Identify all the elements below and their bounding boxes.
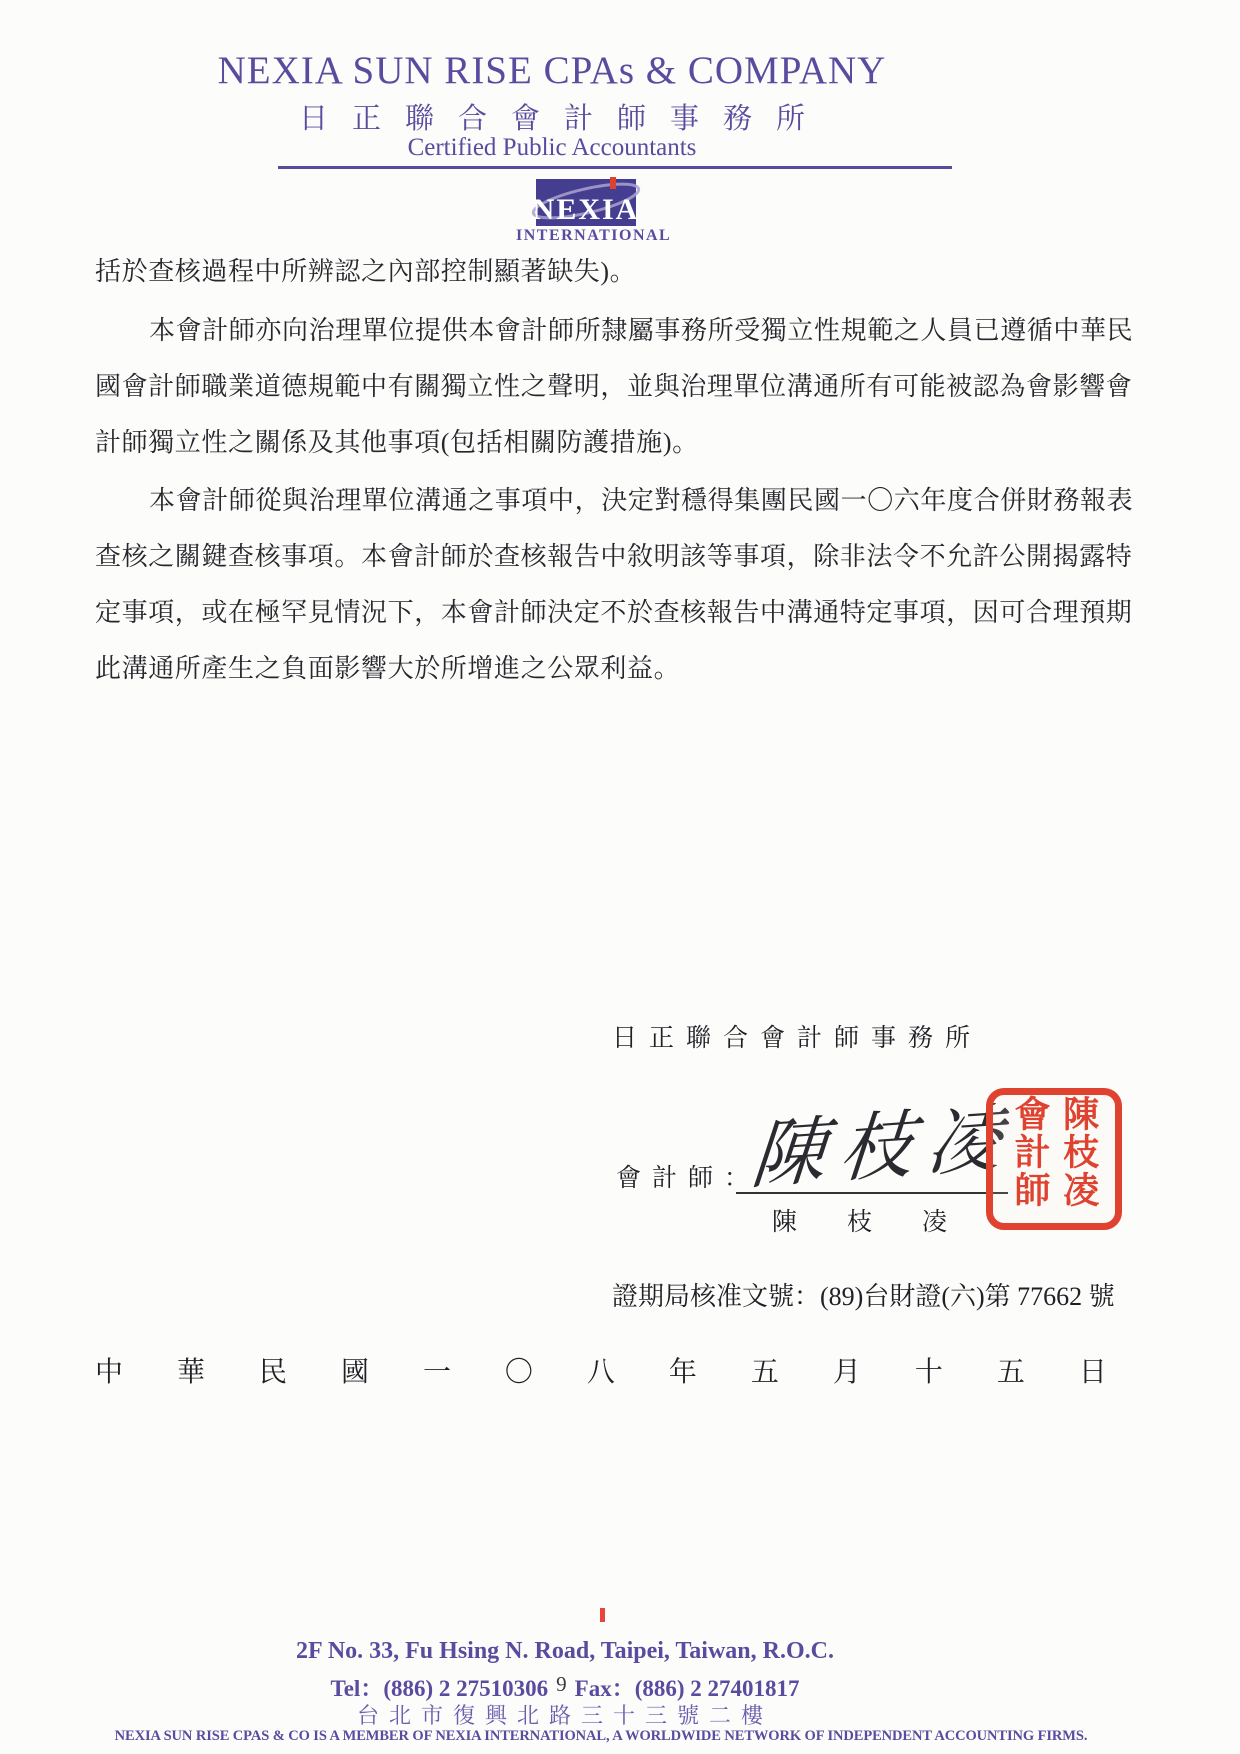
date-char: 五 <box>751 1350 779 1390</box>
nexia-logo-icon: NEXIA <box>536 179 636 227</box>
seal-column-title: 會計師 <box>1010 1095 1050 1209</box>
date-char: 月 <box>833 1350 861 1390</box>
date-char: 一 <box>423 1350 451 1390</box>
footer-address-en: 2F No. 33, Fu Hsing N. Road, Taipei, Tai… <box>0 1638 1130 1665</box>
body-line: 查核之關鍵查核事項。本會計師於查核報告中敘明該等事項，除非法令不允許公開揭露特 <box>95 529 1155 585</box>
date-char: 民 <box>259 1350 287 1390</box>
body-line: 定事項，或在極罕見情況下，本會計師決定不於查核報告中溝通特定事項，因可合理預期 <box>95 585 1155 641</box>
body-line: 括於查核過程中所辨認之內部控制顯著缺失)。 <box>95 244 1155 300</box>
sec-approval-number: 證期局核准文號：(89)台財證(六)第 77662 號 <box>612 1276 1115 1313</box>
cpa-red-seal: 陳枝凌會計師 <box>986 1088 1122 1230</box>
paragraph-key-audit-matters: 本會計師從與治理單位溝通之事項中，決定對穩得集團民國一〇六年度合併財務報表 查核… <box>95 473 1155 697</box>
scan-artifact-red-mark <box>600 1608 605 1622</box>
page-number: 9 <box>548 1672 575 1696</box>
svg-text:NEXIA: NEXIA <box>533 193 640 226</box>
company-subtitle: Certified Public Accountants <box>0 134 1104 162</box>
date-char: 五 <box>997 1350 1025 1390</box>
date-char: 中 <box>95 1350 123 1390</box>
date-char: 國 <box>341 1350 369 1390</box>
nexia-logo: NEXIA <box>536 179 688 232</box>
seal-column-name: 陳枝凌 <box>1059 1095 1099 1209</box>
paragraph-independence: 本會計師亦向治理單位提供本會計師所隸屬事務所受獨立性規範之人員已遵循中華民 國會… <box>95 303 1155 471</box>
document-page: NEXIA SUN RISE CPAs & COMPANY 日正聯合會計師事務所… <box>0 0 1240 1754</box>
date-char: 年 <box>669 1350 697 1390</box>
date-char: 華 <box>177 1350 205 1390</box>
paragraph-continuation: 括於查核過程中所辨認之內部控制顯著缺失)。 <box>95 244 1155 300</box>
date-char: 八 <box>587 1350 615 1390</box>
body-line: 計師獨立性之關係及其他事項(包括相關防護措施)。 <box>95 415 1155 471</box>
nexia-logo-subtext: INTERNATIONAL <box>516 227 668 245</box>
roc-date-line: 中 華 民 國 一 〇 八 年 五 月 十 五 日 <box>95 1350 1107 1390</box>
company-name-zh: 日正聯合會計師事務所 <box>0 96 1104 137</box>
body-line: 此溝通所產生之負面影響大於所增進之公眾利益。 <box>95 641 1155 697</box>
signature-printed-name: 陳枝凌 <box>772 1202 997 1238</box>
signature-handwriting: 陳枝凌 <box>748 1078 1021 1203</box>
body-line: 本會計師亦向治理單位提供本會計師所隸屬事務所受獨立性規範之人員已遵循中華民 <box>95 303 1155 359</box>
date-char: 日 <box>1079 1350 1107 1390</box>
signature-underline <box>736 1192 1008 1194</box>
footer-address-zh: 台北市復興北路三十三號二樓 <box>0 1699 1130 1730</box>
footer-tel: Tel：(886) 2 27510306 <box>330 1676 548 1701</box>
signature-firm-name: 日正聯合會計師事務所 <box>612 1018 982 1054</box>
body-line: 國會計師職業道德規範中有關獨立性之聲明，並與治理單位溝通所有可能被認為會影響會 <box>95 359 1155 415</box>
accountant-label: 會計師： <box>616 1158 760 1194</box>
header-divider <box>278 166 952 169</box>
footer-fax: Fax：(886) 2 27401817 <box>575 1676 800 1701</box>
body-line: 本會計師從與治理單位溝通之事項中，決定對穩得集團民國一〇六年度合併財務報表 <box>95 473 1155 529</box>
seal-text: 陳枝凌會計師 <box>1005 1095 1102 1223</box>
date-char: 十 <box>915 1350 943 1390</box>
company-name-en: NEXIA SUN RISE CPAs & COMPANY <box>0 48 1104 93</box>
date-char: 〇 <box>505 1350 533 1390</box>
footer-member-line: NEXIA SUN RISE CPAS & CO IS A MEMBER OF … <box>0 1728 1202 1745</box>
